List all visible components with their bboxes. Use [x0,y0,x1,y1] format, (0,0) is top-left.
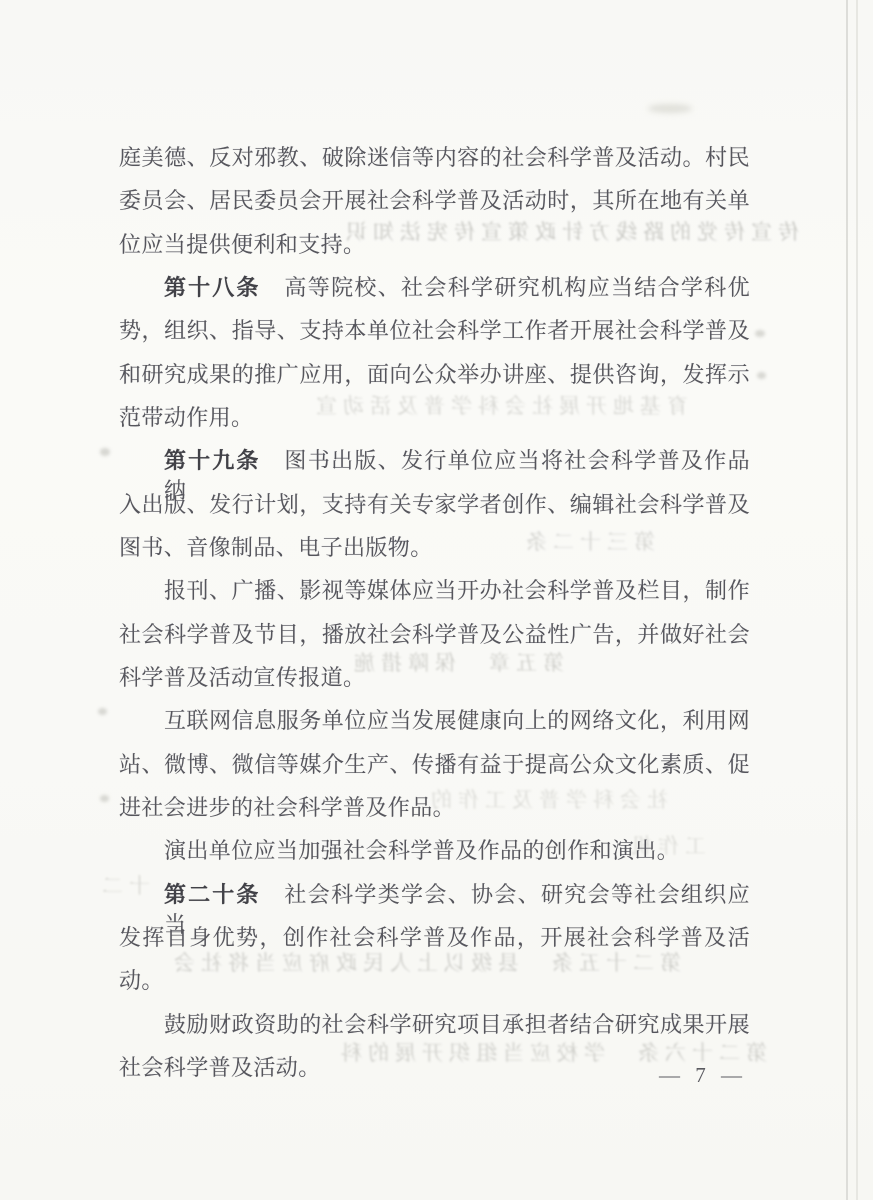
scan-edge-line [846,0,848,1200]
document-line: 进社会进步的社会科学普及作品。 [119,793,750,825]
article-number: 第二十条 [164,882,261,907]
scan-smudge [648,104,692,113]
document-line: 第十九条图书出版、发行单位应当将社会科学普及作品纳 [119,446,750,478]
scan-speck [100,448,110,456]
document-line: 报刊、广播、影视等媒体应当开办社会科学普及栏目，制作 [119,576,750,608]
scan-speck [755,330,765,337]
document-line: 范带动作用。 [119,403,750,435]
document-line: 互联网信息服务单位应当发展健康向上的网络文化，利用网 [119,706,750,738]
document-line: 社会科学普及节目，播放社会科学普及公益性广告，并做好社会 [119,620,750,652]
article-number: 第十九条 [164,448,261,473]
document-line: 站、微博、微信等媒介生产、传播有益于提高公众文化素质、促 [119,750,750,782]
scan-speck [100,795,109,802]
document-line: 动。 [119,966,750,998]
document-line: 科学普及活动宣传报道。 [119,663,750,695]
document-line: 位应当提供便利和支持。 [119,230,750,262]
document-line: 第十八条高等院校、社会科学研究机构应当结合学科优 [119,273,750,305]
scan-edge-line [856,0,858,1200]
document-line: 演出单位应当加强社会科学普及作品的创作和演出。 [119,836,750,868]
document-line: 发挥自身优势，创作社会科学普及作品，开展社会科学普及活 [119,923,750,955]
document-line: 委员会、居民委员会开展社会科学普及活动时，其所在地有关单 [119,186,750,218]
document-line: 第二十条社会科学类学会、协会、研究会等社会组织应当 [119,880,750,912]
document-line: 庭美德、反对邪教、破除迷信等内容的社会科学普及活动。村民 [119,143,750,175]
scanned-page: 传宣传党的路线方针政策宣传宪法知识 育基地开展社会科学普及活动宣 第三十二条 第… [0,0,873,1200]
document-line: 图书、音像制品、电子出版物。 [119,533,750,565]
document-line: 入出版、发行计划，支持有关专家学者创作、编辑社会科学普及 [119,490,750,522]
article-text: 高等院校、社会科学研究机构应当结合学科优 [284,275,750,300]
document-line: 鼓励财政资助的社会科学研究项目承担者结合研究成果开展 [119,1010,750,1042]
document-line: 势，组织、指导、支持本单位社会科学工作者开展社会科学普及 [119,316,750,348]
page-number: — 7 — [648,1063,758,1088]
scan-speck [98,708,107,715]
article-number: 第十八条 [164,275,261,300]
document-line: 和研究成果的推广应用，面向公众举办讲座、提供咨询，发挥示 [119,360,750,392]
scan-speck [757,372,766,379]
